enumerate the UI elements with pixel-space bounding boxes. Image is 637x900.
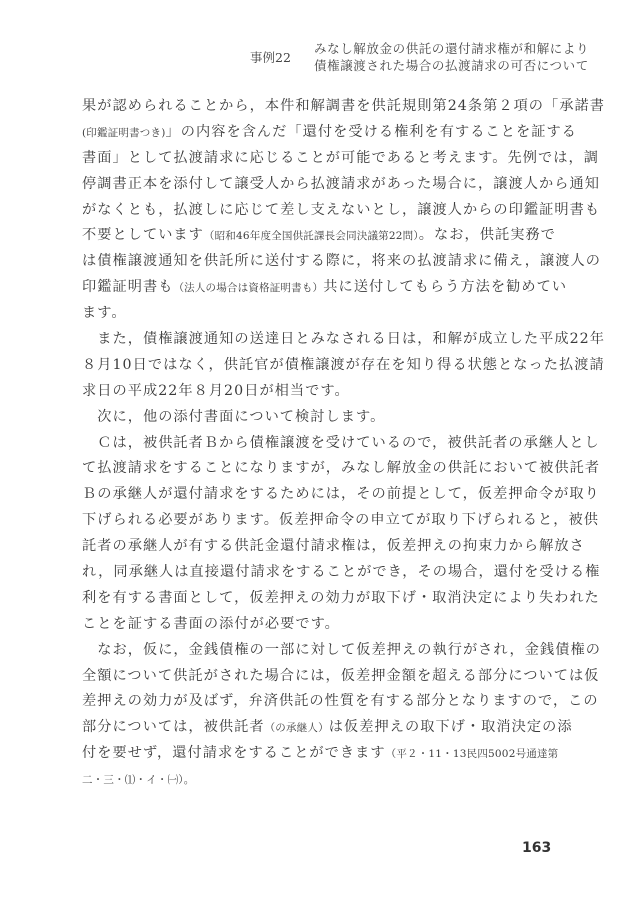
body-text-run: 次に，他の添付書面について検討します。 <box>82 409 385 425</box>
body-text-run: がなくとも，払渡しに応じて差し支えないとし，譲渡人からの印鑑証明書も <box>82 202 600 218</box>
body-text-run: て払渡請求をすることになりますが，みなし解放金の供託において被供託者 <box>82 460 600 476</box>
citation-text: （の承継人） <box>265 722 329 734</box>
body-text: 果が認められることから，本件和解調書を供託規則第24条第２項の「承諾書(印鑑証明… <box>82 94 570 793</box>
case-title-line-1: みなし解放金の供託の還付請求権が和解により <box>314 40 589 57</box>
body-text-run: は仮差押えの取下げ・取消決定の添 <box>329 719 573 735</box>
body-text-run: れ，同承継人は直接還付請求をすることができ，その場合，還付を受ける権 <box>82 564 600 580</box>
page-number: 163 <box>522 840 551 856</box>
body-text-run: ８月10日ではなく，供託官が債権譲渡が存在を知り得る状態となった払渡請 <box>82 357 605 373</box>
body-text-run: 付を要せず，還付請求をすることができます <box>82 745 386 761</box>
text-line: ８月10日ではなく，供託官が債権譲渡が存在を知り得る状態となった払渡請 <box>82 353 570 379</box>
text-line: ことを証する書面の添付が必要です。 <box>82 612 570 638</box>
body-text-run: 託者の承継人が有する供託金還付請求権は，仮差押えの拘束力から解放さ <box>82 538 585 554</box>
body-text-run: 求日の平成22年８月20日が相当です。 <box>82 383 350 399</box>
body-text-run: 全額について供託がされた場合には，仮差押金額を超える部分については仮 <box>82 668 600 684</box>
citation-text: （法人の場合は資格証明書も） <box>173 282 323 294</box>
text-line: また，債権譲渡通知の送達日とみなされる日は，和解が成立した平成22年 <box>82 327 570 353</box>
text-line: 停調書正本を添付して譲受人から払渡請求があった場合に，譲渡人から通知 <box>82 172 570 198</box>
text-line: (印鑑証明書つき)」の内容を含んだ「還付を受ける権利を有することを証する <box>82 120 570 146</box>
citation-text: 二・三・⑴・イ・㈠）。 <box>82 774 194 786</box>
body-text-run: また，債権譲渡通知の送達日とみなされる日は，和解が成立した平成22年 <box>82 331 605 347</box>
body-text-run: 共に送付してもらう方法を勧めてい <box>323 279 567 295</box>
text-line: 部分については，被供託者（の承継人）は仮差押えの取下げ・取消決定の添 <box>82 715 570 741</box>
text-line: なお，仮に，金銭債権の一部に対して仮差押えの執行がされ，金銭債権の <box>82 638 570 664</box>
text-line: 求日の平成22年８月20日が相当です。 <box>82 379 570 405</box>
text-line: は債権譲渡通知を供託所に送付する際に，将来の払渡請求に備え，譲渡人の <box>82 249 570 275</box>
text-line: 書面」として払渡請求に応じることが可能であると考えます。先例では，調 <box>82 146 570 172</box>
text-line: Ｂの承継人が還付請求をするためには，その前提として，仮差押命令が取り <box>82 482 570 508</box>
text-line: 下げられる必要があります。仮差押命令の申立てが取り下げられると，被供 <box>82 508 570 534</box>
text-line: Ｃは，被供託者Ｂから債権譲渡を受けているので，被供託者の承継人とし <box>82 431 570 457</box>
body-text-run: ことを証する書面の添付が必要です。 <box>82 616 340 632</box>
body-text-run: 。なお，供託実務で <box>419 227 556 243</box>
text-line: 不要としています（昭和46年度全国供託課長会同決議第22問）。なお，供託実務で <box>82 223 570 249</box>
text-line: がなくとも，払渡しに応じて差し支えないとし，譲渡人からの印鑑証明書も <box>82 198 570 224</box>
body-text-run: 部分については，被供託者 <box>82 719 265 735</box>
text-line: 果が認められることから，本件和解調書を供託規則第24条第２項の「承諾書 <box>82 94 570 120</box>
body-text-run: Ｂの承継人が還付請求をするためには，その前提として，仮差押命令が取り <box>82 486 600 502</box>
body-text-run: 差押えの効力が及ばず，弁済供託の性質を有する部分となりますので，この <box>82 693 599 709</box>
text-line: て払渡請求をすることになりますが，みなし解放金の供託において被供託者 <box>82 456 570 482</box>
case-title-line-2: 債権譲渡された場合の払渡請求の可否について <box>314 57 589 74</box>
body-text-run: 果が認められることから，本件和解調書を供託規則第24条第２項の「承諾書 <box>82 98 605 114</box>
text-line: 次に，他の添付書面について検討します。 <box>82 405 570 431</box>
body-text-run: Ｃは，被供託者Ｂから債権譲渡を受けているので，被供託者の承継人とし <box>82 435 600 451</box>
text-line: 託者の承継人が有する供託金還付請求権は，仮差押えの拘束力から解放さ <box>82 534 570 560</box>
body-text-run: 下げられる必要があります。仮差押命令の申立てが取り下げられると，被供 <box>82 512 599 528</box>
body-text-run: 利を有する書面として，仮差押えの効力が取下げ・取消決定により失われた <box>82 590 600 606</box>
text-line: 利を有する書面として，仮差押えの効力が取下げ・取消決定により失われた <box>82 586 570 612</box>
body-text-run: 停調書正本を添付して譲受人から払渡請求があった場合に，譲渡人から通知 <box>82 176 600 192</box>
text-line: 二・三・⑴・イ・㈠）。 <box>82 767 570 793</box>
body-text-run: 印鑑証明書も <box>82 279 173 295</box>
running-header: 事例22 みなし解放金の供託の還付請求権が和解により 債権譲渡された場合の払渡請… <box>250 40 580 80</box>
body-text-run: 不要としています <box>82 227 204 243</box>
case-label: 事例22 <box>250 48 291 66</box>
text-line: れ，同承継人は直接還付請求をすることができ，その場合，還付を受ける権 <box>82 560 570 586</box>
body-text-run: は債権譲渡通知を供託所に送付する際に，将来の払渡請求に備え，譲渡人の <box>82 253 601 269</box>
citation-text: (印鑑証明書つき) <box>82 127 166 139</box>
citation-text: （昭和46年度全国供託課長会同決議第22問） <box>204 230 419 242</box>
text-line: ます。 <box>82 301 570 327</box>
body-text-run: 」の内容を含んだ「還付を受ける権利を有することを証する <box>166 124 577 140</box>
citation-text: （平２・11・13民四5002号通達第 <box>386 748 559 760</box>
text-line: 印鑑証明書も（法人の場合は資格証明書も）共に送付してもらう方法を勧めてい <box>82 275 570 301</box>
text-line: 差押えの効力が及ばず，弁済供託の性質を有する部分となりますので，この <box>82 689 570 715</box>
case-title: みなし解放金の供託の還付請求権が和解により 債権譲渡された場合の払渡請求の可否に… <box>314 40 589 74</box>
body-text-run: 書面」として払渡請求に応じることが可能であると考えます。先例では，調 <box>82 150 599 166</box>
text-line: 付を要せず，還付請求をすることができます（平２・11・13民四5002号通達第 <box>82 741 570 767</box>
body-text-run: ます。 <box>82 305 127 321</box>
text-line: 全額について供託がされた場合には，仮差押金額を超える部分については仮 <box>82 664 570 690</box>
body-text-run: なお，仮に，金銭債権の一部に対して仮差押えの執行がされ，金銭債権の <box>82 642 601 658</box>
